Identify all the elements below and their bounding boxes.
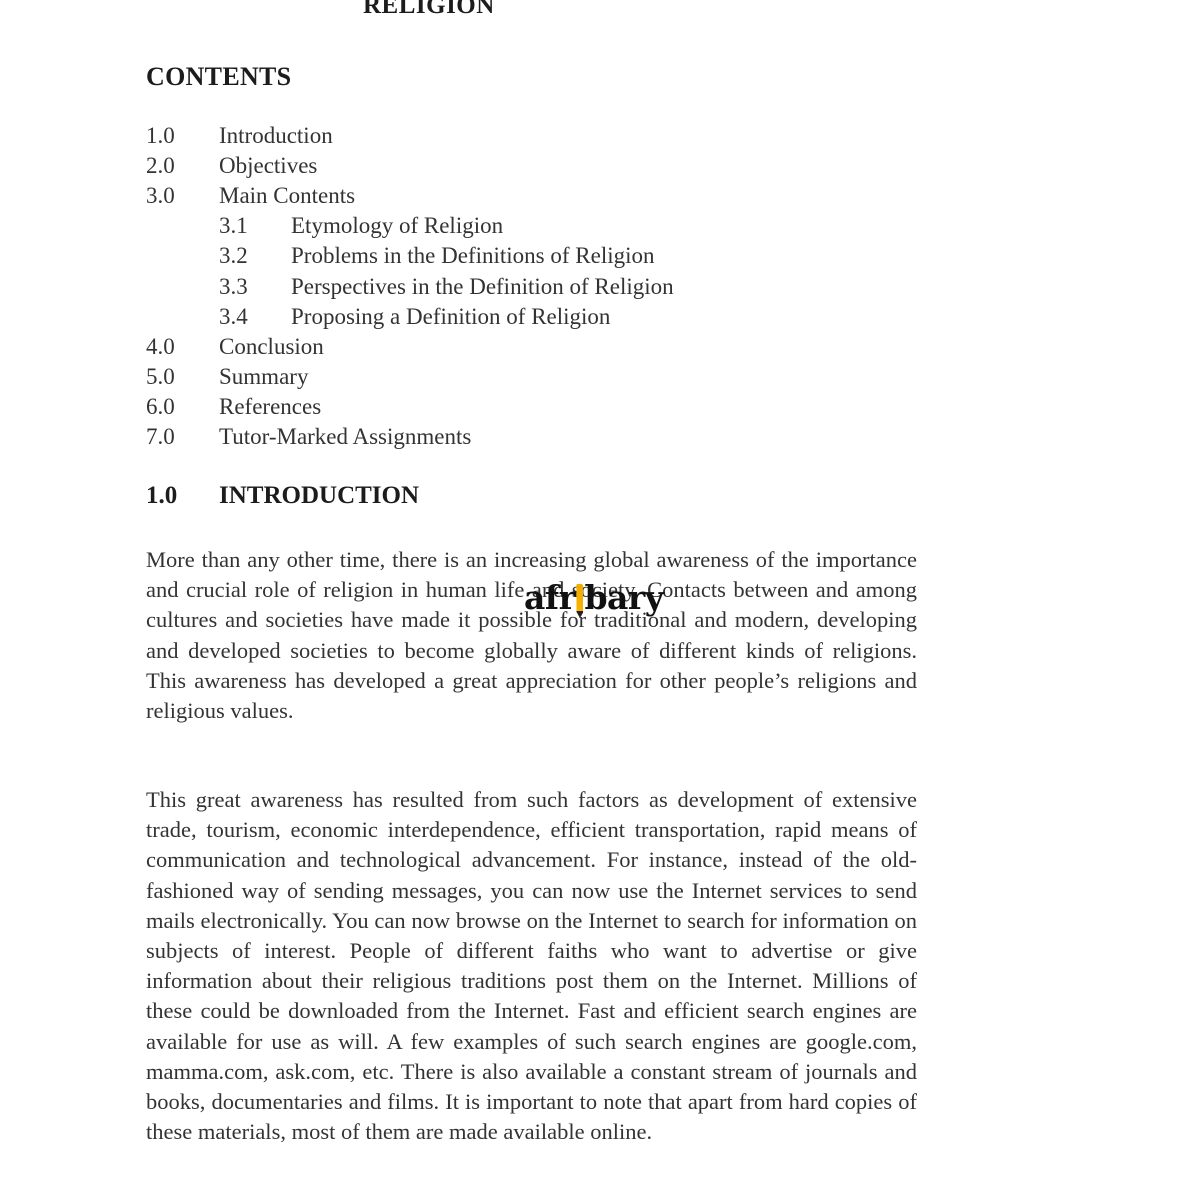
toc-item-label: Main Contents: [219, 183, 355, 209]
toc-item: 6.0References: [146, 392, 674, 422]
toc-item: 3.3Perspectives in the Definition of Rel…: [146, 271, 674, 301]
toc-item-label: Perspectives in the Definition of Religi…: [291, 274, 674, 300]
toc-item-number: 5.0: [146, 364, 219, 390]
toc-item: 7.0Tutor-Marked Assignments: [146, 422, 674, 452]
section-title: INTRODUCTION: [219, 482, 419, 510]
toc-item-label: Tutor-Marked Assignments: [219, 424, 471, 450]
toc-item-number: 3.0: [146, 183, 219, 209]
toc-item: 2.0Objectives: [146, 151, 674, 181]
toc-item: 4.0Conclusion: [146, 332, 674, 362]
toc-item-label: Problems in the Definitions of Religion: [291, 243, 655, 269]
unit-title: RELIGION: [363, 0, 495, 20]
toc-item: 3.0Main Contents: [146, 181, 674, 211]
toc-item: 1.0Introduction: [146, 121, 674, 151]
toc-item: 3.4Proposing a Definition of Religion: [146, 302, 674, 332]
section-heading: 1.0 INTRODUCTION: [146, 482, 419, 510]
toc-item-label: Proposing a Definition of Religion: [291, 304, 610, 330]
toc-item-label: Etymology of Religion: [291, 213, 503, 239]
toc-item-number: 6.0: [146, 394, 219, 420]
paragraph: This great awareness has resulted from s…: [146, 785, 917, 1147]
toc-item-number: 4.0: [146, 334, 219, 360]
toc-item-label: Objectives: [219, 153, 317, 179]
section-number: 1.0: [146, 482, 219, 510]
document-page: RELIGION CONTENTS 1.0Introduction2.0Obje…: [0, 0, 1200, 1200]
toc-item: 5.0Summary: [146, 362, 674, 392]
paragraph: More than any other time, there is an in…: [146, 545, 917, 726]
toc-item-number: 1.0: [146, 123, 219, 149]
contents-heading: CONTENTS: [146, 62, 291, 92]
watermark-text-start: afr: [524, 581, 575, 614]
afribary-watermark: afr bary: [524, 580, 664, 614]
table-of-contents: 1.0Introduction2.0Objectives3.0Main Cont…: [146, 121, 674, 452]
watermark-text-end: bary: [584, 581, 663, 614]
toc-item-label: Introduction: [219, 123, 333, 149]
toc-item-number: 3.3: [219, 274, 291, 300]
toc-item-number: 7.0: [146, 424, 219, 450]
toc-item-number: 3.4: [219, 304, 291, 330]
toc-item: 3.1Etymology of Religion: [146, 211, 674, 241]
toc-item: 3.2Problems in the Definitions of Religi…: [146, 241, 674, 271]
toc-item-label: Conclusion: [219, 334, 324, 360]
toc-item-label: References: [219, 394, 321, 420]
pencil-icon: [576, 584, 583, 618]
toc-item-number: 3.1: [219, 213, 291, 239]
toc-item-number: 3.2: [219, 243, 291, 269]
toc-item-number: 2.0: [146, 153, 219, 179]
toc-item-label: Summary: [219, 364, 308, 390]
